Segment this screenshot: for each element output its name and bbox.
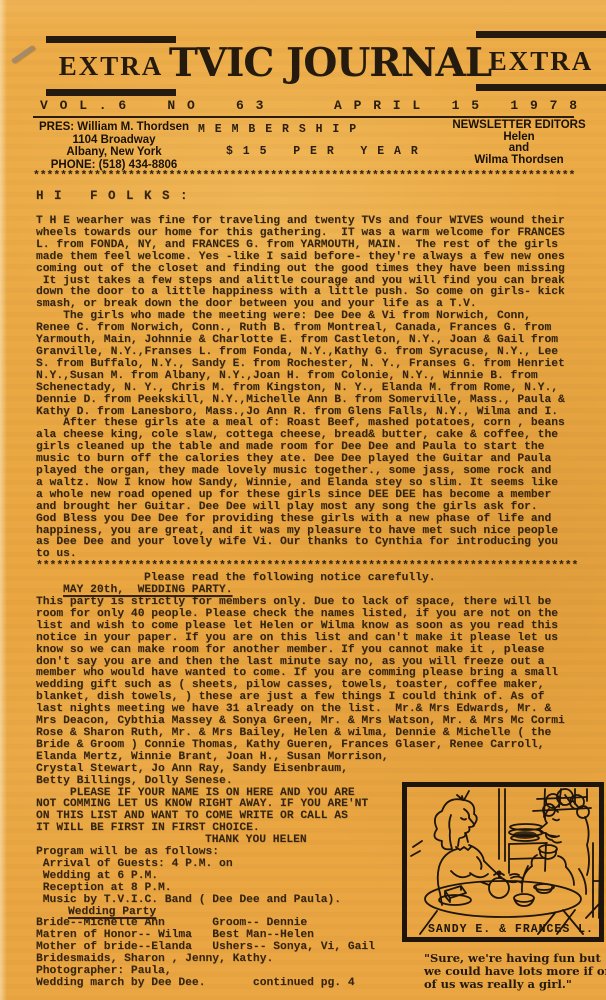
date-line: A P R I L 1 5 1 9 7 8 [334,99,579,113]
journal-title: TVIC JOURNAL [169,44,491,83]
masthead-extra-right: EXTRA [474,31,606,91]
cartoon-caption: "Sure, we're having fun but we could hav… [424,952,602,990]
wedding-party-date-heading: MAY 20th, WEDDING PARTY. [63,584,232,596]
membership-rate: $ 1 5 P E R Y E A R [226,146,419,158]
kitchen-background [499,789,591,873]
extra-left-label: EXTRA [44,43,178,89]
extra-bottom-bar [46,89,176,96]
scan-edge [0,0,7,1000]
president-contact-block: PRES: William M. Thordsen 1104 Broadway … [30,121,198,171]
extra-top-bar [476,31,606,38]
newsletter-editors-block: NEWSLETTER EDITORS Helen and Wilma Thord… [446,120,592,166]
membership-label: M E M B E R S H I P [198,124,358,136]
greeting-line: H I F O L K S : [36,191,189,203]
masthead-rule [33,116,574,118]
letter-body: T H E wearher was fine for traveling and… [36,216,581,561]
extra-top-bar [46,36,176,43]
asterisk-divider-top: ****************************************… [33,171,575,183]
volume-issue-line: V O L . 6 N O 6 3 [40,99,265,113]
extra-bottom-bar [476,84,606,91]
staple-mark [11,45,35,64]
wedding-party-heading: Wedding Party [68,906,156,918]
cartoon-frame [402,782,604,942]
newsletter-page: EXTRA TVIC JOURNAL EXTRA V O L . 6 N O 6… [0,0,606,1000]
extra-right-label: EXTRA [474,38,606,84]
notice-body: This party is strictly for members only.… [36,597,581,788]
cartoon-names-label: SANDY E. & FRANCES L. [428,924,594,936]
masthead-extra-left: EXTRA [44,36,178,96]
wedding-tea-cartoon [407,787,599,937]
